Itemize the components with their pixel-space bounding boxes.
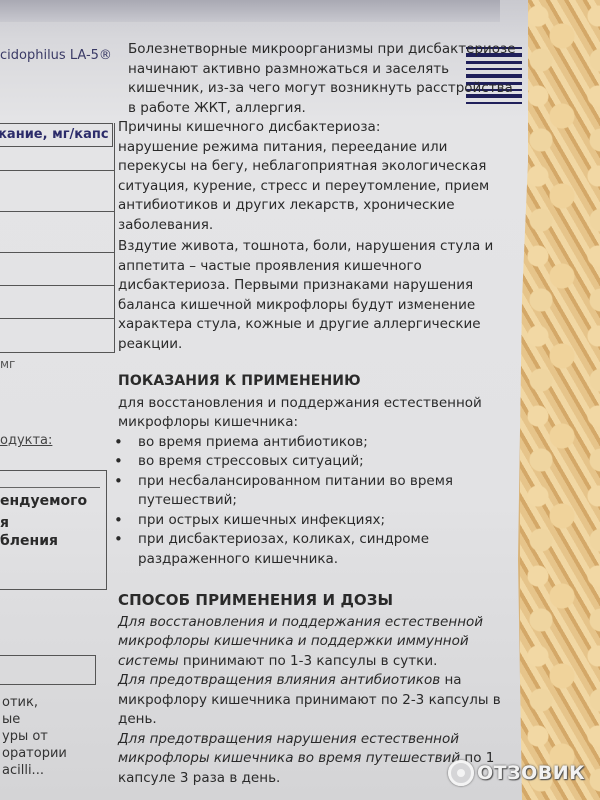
left-column-cut-off: cidophilus LA-5® жание, мг/капс мг одукт… <box>0 0 115 800</box>
table-row-line <box>0 318 114 319</box>
table-row-line <box>0 285 114 286</box>
intro-paragraph: Болезнетворные микроорганизмы при дисбак… <box>118 40 518 118</box>
main-text-column: Болезнетворные микроорганизмы при дисбак… <box>118 40 518 788</box>
list-item: во время приема антибиотиков; <box>118 433 518 453</box>
indications-heading: ПОКАЗАНИЯ К ПРИМЕНЕНИЮ <box>118 372 518 392</box>
left-bottom-text: отик, ые уры от оратории acilli... <box>2 694 67 779</box>
causes-title: Причины кишечного дисбактериоза: <box>118 118 518 138</box>
dosage-paragraph: Для предотвращения влияния антибиотиков … <box>118 671 518 730</box>
table-row-line <box>0 252 114 253</box>
list-item: при несбалансированном питании во время … <box>118 472 518 511</box>
table-row-line <box>0 211 114 212</box>
table-row-line <box>0 352 114 353</box>
dosage-heading: СПОСОБ ПРИМЕНЕНИЯ И ДОЗЫ <box>118 591 518 611</box>
symptoms-paragraph: Вздутие живота, тошнота, боли, нарушения… <box>118 237 518 354</box>
box-text-line: я <box>0 515 9 531</box>
list-item: при дисбактериозах, коликах, синдроме ра… <box>118 530 518 569</box>
indications-list: во время приема антибиотиков; во время с… <box>118 433 518 570</box>
mg-label: мг <box>0 357 15 371</box>
composition-table-header: жание, мг/капс <box>0 123 113 147</box>
product-name: cidophilus LA-5® <box>0 48 112 63</box>
otzovik-watermark: ОТЗОВИК <box>448 760 585 786</box>
empty-table-box <box>0 655 96 685</box>
box-text-line: ендуемого <box>0 493 87 509</box>
recommended-dose-box: ендуемого я бления <box>0 470 107 590</box>
table-row-line <box>0 170 114 171</box>
list-item: при острых кишечных инфекциях; <box>118 511 518 531</box>
list-item: во время стрессовых ситуаций; <box>118 452 518 472</box>
crochet-tablecloth-background <box>520 0 600 800</box>
box-divider <box>0 487 100 488</box>
table-border <box>114 123 115 353</box>
indications-intro: для восстановления и поддержания естеств… <box>118 394 518 433</box>
watermark-text: ОТЗОВИК <box>477 762 585 784</box>
box-text-line: бления <box>0 533 58 549</box>
otzovik-logo-icon <box>448 760 474 786</box>
product-subheading: одукта: <box>0 433 52 448</box>
causes-text: нарушение режима питания, переедание или… <box>118 138 518 236</box>
dosage-paragraph: Для восстановления и поддержания естеств… <box>118 613 518 672</box>
leaflet-paper: cidophilus LA-5® жание, мг/капс мг одукт… <box>0 0 528 800</box>
